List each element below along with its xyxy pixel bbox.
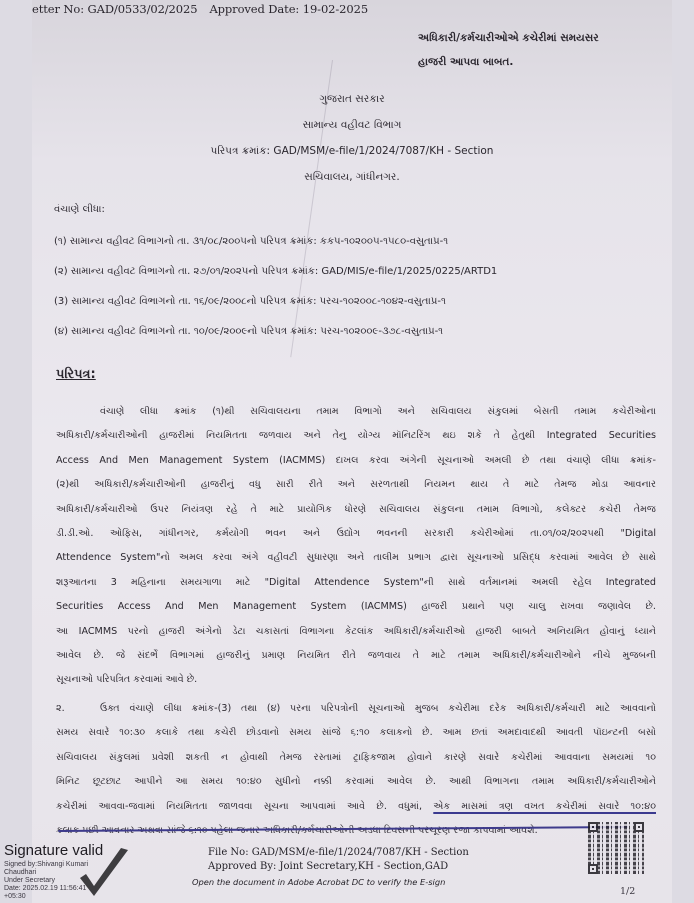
qr-finder xyxy=(634,822,644,832)
letter-header: etter No: GAD/0533/02/2025Approved Date:… xyxy=(32,2,368,16)
government-name: ગુજરાત સરકાર xyxy=(32,86,672,112)
qr-finder xyxy=(588,864,598,874)
paragraph-line: આવેલ છે. જે સંદર્ભે વિભાગમાં હાજરીનું પ્… xyxy=(56,644,656,668)
paragraph-number: ૨. xyxy=(56,697,100,721)
checkmark-icon xyxy=(74,846,134,902)
paragraph-line: Access And Men Management System (IACMMS… xyxy=(56,449,656,473)
footer-verify-note: Open the document in Adobe Acrobat DC to… xyxy=(192,875,518,889)
footer-approved-by: Approved By: Joint Secretary,KH - Sectio… xyxy=(198,860,518,874)
document-page: etter No: GAD/0533/02/2025Approved Date:… xyxy=(32,0,672,903)
paragraph-2: ૨.ઉક્ત વંચાણે લીધા ક્રમાંક-(3) તથા (૪) પ… xyxy=(56,697,656,843)
references-lead: વંચાણે લીધા: xyxy=(54,199,654,221)
paragraph-line: સચિવાલય સંકુલમાં પ્રવેશી શકતી ન હોવાથી ત… xyxy=(56,746,656,770)
paragraph-line: ૨.ઉક્ત વંચાણે લીધા ક્રમાંક-(3) તથા (૪) પ… xyxy=(56,697,656,721)
paragraph-line: વંચાણે લીધા ક્રમાંક (૧)થી સચિવાલયના તમામ… xyxy=(56,400,656,424)
qr-finder xyxy=(588,822,598,832)
footer-file-number: File No: GAD/MSM/e-file/1/2024/7087/KH -… xyxy=(198,846,518,860)
paragraph-line: (૨)થી અધિકારી/કર્મચારીઓની હાજરીનું વધુ સ… xyxy=(56,473,656,497)
issuer-block: ગુજરાત સરકાર સામાન્ય વહીવટ વિભાગ પરિપત્ર… xyxy=(32,86,672,190)
paragraph-line: અધિકારી/કર્મચારીઓ ઉપર નિયંત્રણ રહે તે મા… xyxy=(56,498,656,522)
subject-line-1: અધિકારી/કર્મચારીઓએ કચેરીમાં સમયસર xyxy=(418,26,658,50)
paragraph-line: સમય સવારે ૧૦:૩૦ કલાકે તથા કચેરી છોડવાનો … xyxy=(56,721,656,745)
paragraph-line: Attendence System"નો અમલ કરવા અંગે વહીવટ… xyxy=(56,546,656,570)
circular-heading: પરિપત્ર: xyxy=(56,367,96,382)
reference-item: (૪) સામાન્ય વહીવટ વિભાગનો તા. ૧૦/૦૯/૨૦૦૯… xyxy=(54,317,654,347)
approved-date: Approved Date: 19-02-2025 xyxy=(209,2,368,16)
references-block: વંચાણે લીધા: (૧) સામાન્ય વહીવટ વિભાગનો ત… xyxy=(54,199,654,347)
subject-block: અધિકારી/કર્મચારીઓએ કચેરીમાં સમયસર હાજરી … xyxy=(418,26,658,74)
letter-number: etter No: GAD/0533/02/2025 xyxy=(32,2,197,16)
paragraph-line: સૂચનાઓ પરિપત્રિત કરવામાં આવે છે. xyxy=(56,668,656,692)
department-name: સામાન્ય વહીવટ વિભાગ xyxy=(32,112,672,138)
paragraph-1: વંચાણે લીધા ક્રમાંક (૧)થી સચિવાલયના તમામ… xyxy=(56,400,656,693)
paragraph-line: કચેરીમાં આવવા-જવામાં નિયમિતતા જાળવવા સૂચ… xyxy=(56,795,656,819)
qr-code xyxy=(588,822,644,874)
reference-item: (૨) સામાન્ય વહીવટ વિભાગનો તા. ૨૭/૦૧/૨૦૨૫… xyxy=(54,257,654,287)
reference-item: (3) સામાન્ય વહીવટ વિભાગનો તા. ૧૬/૦૯/૨૦૦૮… xyxy=(54,287,654,317)
page-number: 1/2 xyxy=(620,886,635,897)
underlined-emphasis: એક માસમાં ત્રણ વખત કચેરીમાં સવારે ૧૦:૪૦ xyxy=(433,801,656,812)
paragraph-line: અધિકારી/કર્મચારીઓની હાજરીમાં નિયમિતતા જળ… xyxy=(56,424,656,448)
reference-item: (૧) સામાન્ય વહીવટ વિભાગનો તા. ૩૧/૦૮/૨૦૦૫… xyxy=(54,227,654,257)
digital-signature-block[interactable]: Signature valid Signed by:Shivangi Kumar… xyxy=(4,842,179,903)
document-footer: File No: GAD/MSM/e-file/1/2024/7087/KH -… xyxy=(198,846,518,889)
paragraph-line: Securities Access And Men Management Sys… xyxy=(56,595,656,619)
issuing-place: સચિવાલય, ગાંધીનગર. xyxy=(32,164,672,190)
subject-line-2: હાજરી આપવા બાબત. xyxy=(418,50,658,74)
circular-number: પરિપત્ર ક્રમાંક: GAD/MSM/e-file/1/2024/7… xyxy=(32,138,672,164)
paragraph-line: શરૂઆતના 3 મહિનાના સમયગાળા માટે "Digital … xyxy=(56,571,656,595)
paragraph-line: ડી.ડી.ઓ. ઓફિસ, ગાંધીનગર, કર્મયોગી ભવન અન… xyxy=(56,522,656,546)
paragraph-line: મિનિટ છૂટછાટ આપીને આ સમય ૧૦:૪૦ સુધીનો નક… xyxy=(56,770,656,794)
paragraph-line: આ IACMMS પરનો હાજરી અંગેનો ડેટા ચકાસતાં … xyxy=(56,620,656,644)
